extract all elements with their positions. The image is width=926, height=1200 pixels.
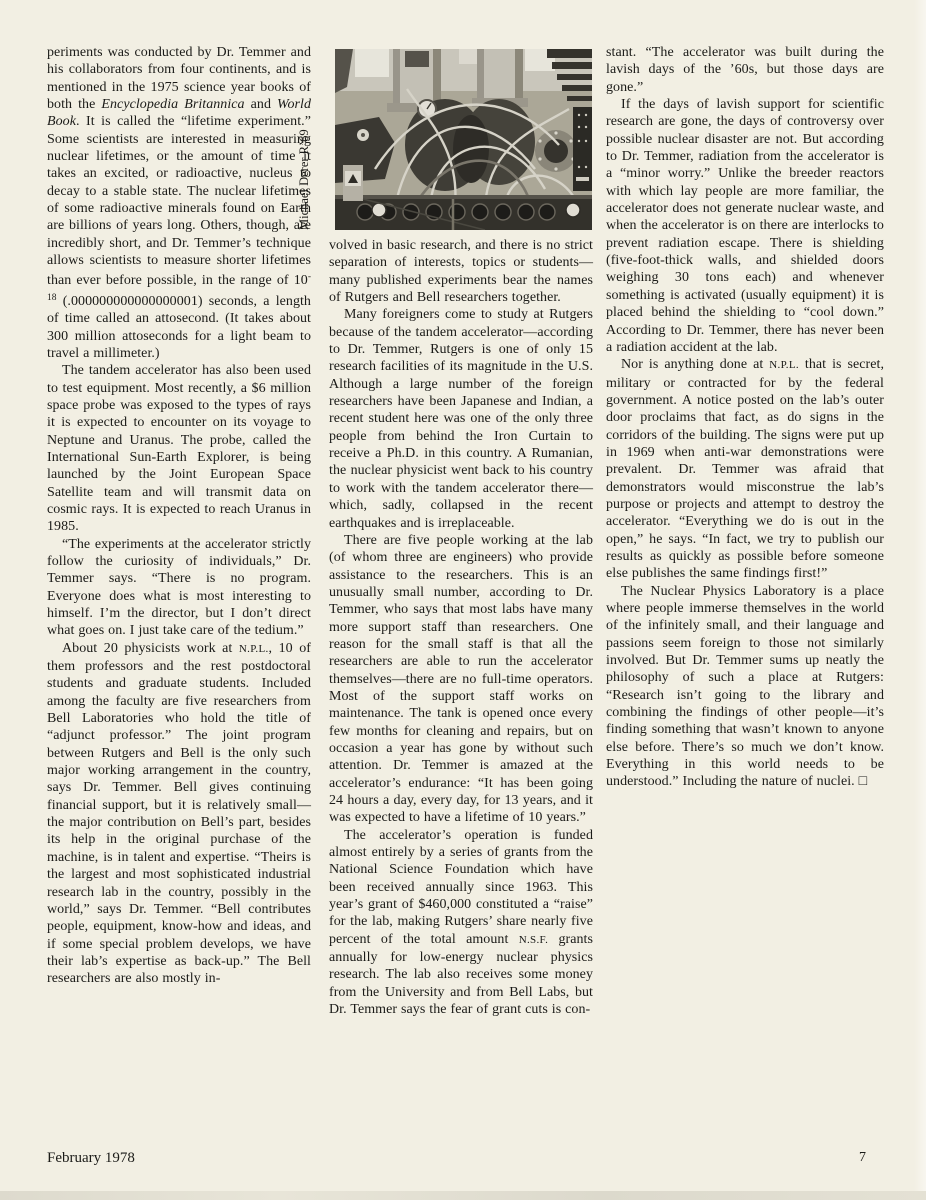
text-run: About 20 physicists work at [62,641,239,656]
article-column-1: periments was conducted by Dr. Temmer an… [47,44,311,988]
text-run: , 10 of them professors and the rest pos… [47,641,311,987]
text-run: . It is called the “lifetime experiment.… [47,114,311,288]
article-paragraph: volved in basic research, and there is n… [329,237,593,306]
small-caps-abbreviation: N.S.F. [519,934,548,946]
article-paragraph: “The experiments at the accelerator stri… [47,536,311,640]
scan-edge-bottom [0,1191,926,1200]
article-column-3: stant. “The accelerator was built during… [606,44,884,791]
footer-page-number: 7 [859,1150,866,1166]
article-paragraph: About 20 physicists work at N.P.L., 10 o… [47,640,311,988]
small-caps-abbreviation: N.P.L. [239,643,269,655]
article-paragraph: The tandem accelerator has also been use… [47,362,311,535]
article-paragraph: The accelerator’s operation is funded al… [329,827,593,1019]
text-run: The accelerator’s operation is funded al… [329,828,593,947]
photo-credit-block: Michael Derer R’69 [311,49,329,230]
text-run: (.000000000000000001) seconds, a length … [47,294,311,361]
article-paragraph: periments was conducted by Dr. Temmer an… [47,44,311,362]
footer-issue-date: February 1978 [47,1150,135,1167]
article-paragraph: Many foreigners come to study at Rutgers… [329,306,593,531]
article-paragraph: stant. “The accelerator was built during… [606,44,884,96]
small-caps-abbreviation: N.P.L. [769,359,799,371]
article-paragraph: If the days of lavish support for scient… [606,96,884,356]
text-run: and [245,97,277,112]
text-run: that is secret, military or contracted f… [606,357,884,581]
accelerator-photo [335,49,592,230]
text-run: Nor is anything done at [621,357,769,372]
article-paragraph: There are five people working at the lab… [329,532,593,827]
article-paragraph: Nor is anything done at N.P.L. that is s… [606,356,884,582]
article-column-2: volved in basic research, and there is n… [329,237,593,1018]
italic-book-title: Encyclopedia Britannica [101,97,244,112]
scan-edge-right [914,0,926,1200]
accelerator-photo-art [335,49,592,230]
article-paragraph: The Nuclear Physics Laboratory is a plac… [606,583,884,791]
